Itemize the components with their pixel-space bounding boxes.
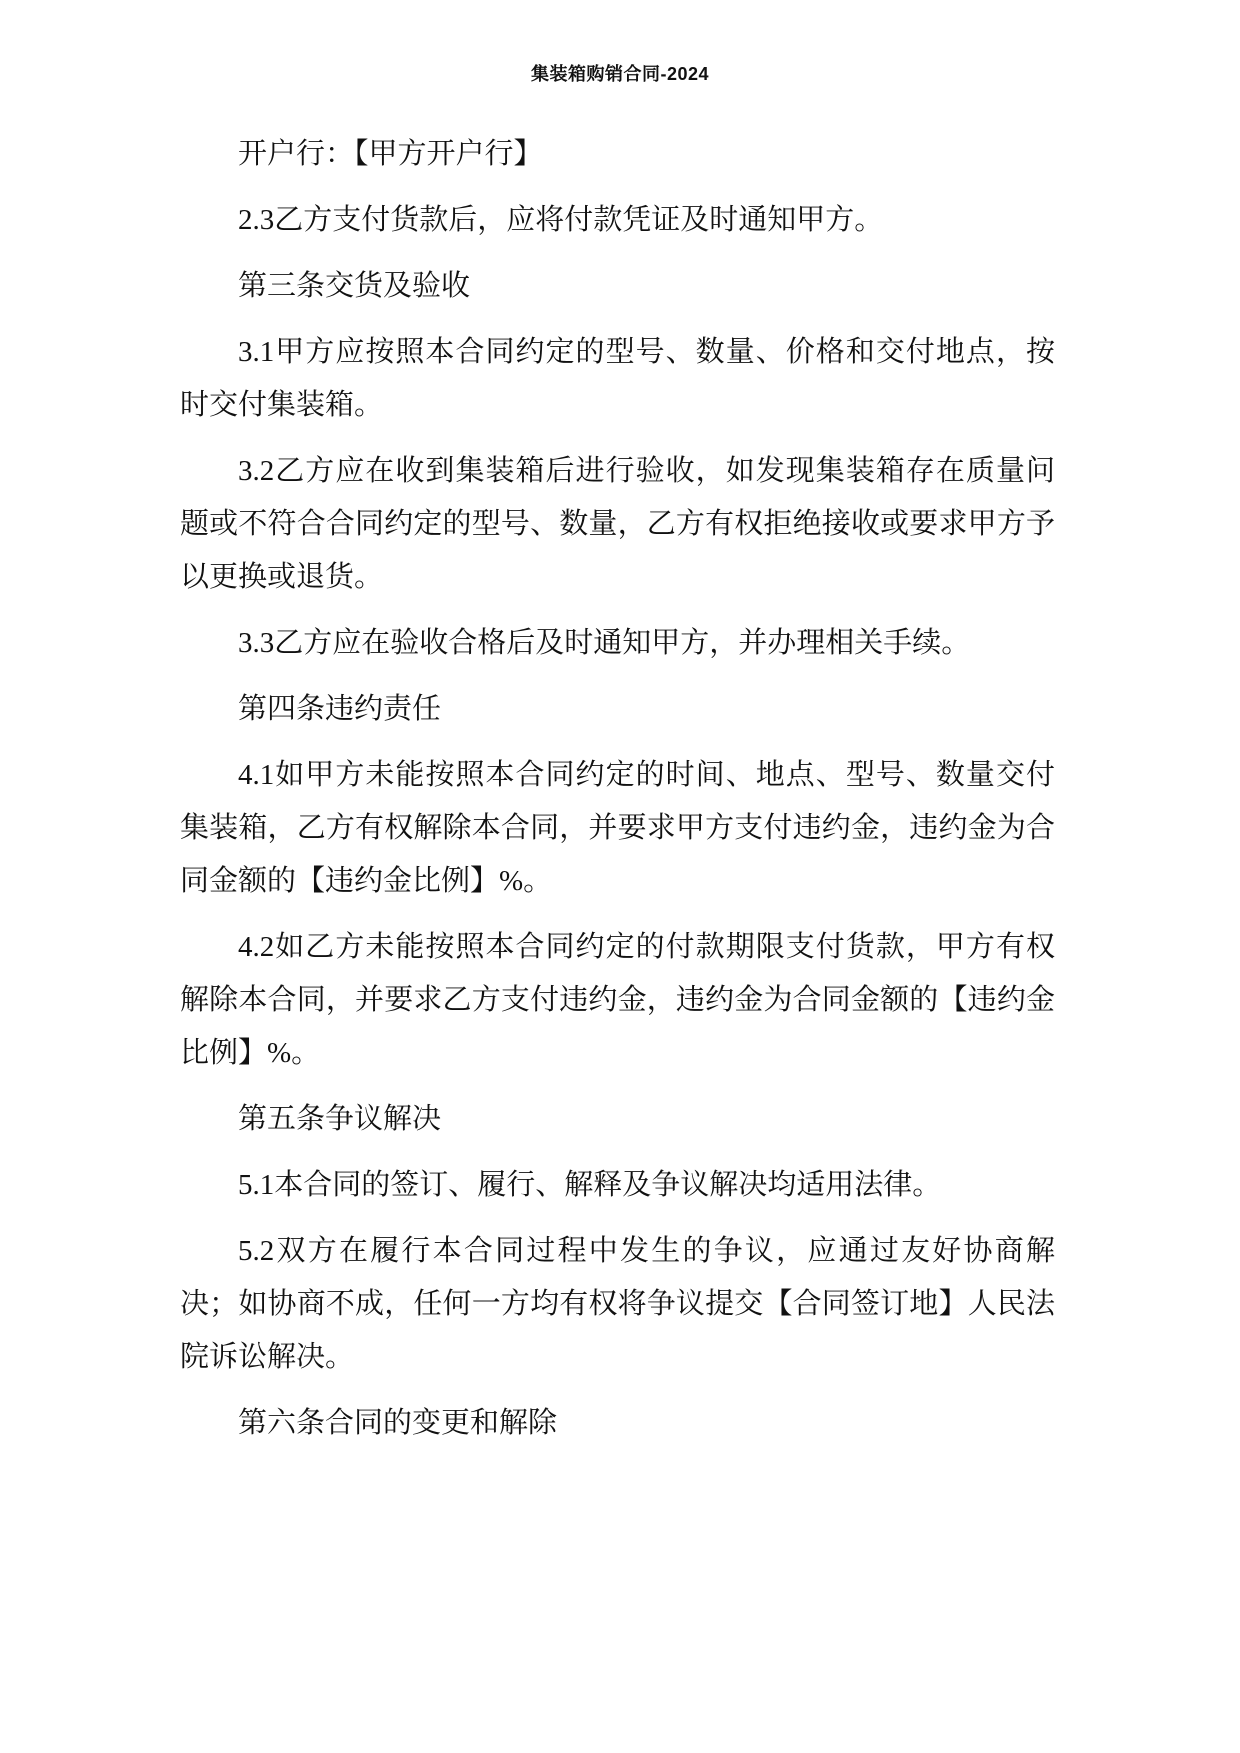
clause-heading: 第四条违约责任 xyxy=(180,683,1055,736)
contract-paragraph: 开户行：【甲方开户行】 xyxy=(180,128,1055,181)
document-body: 开户行：【甲方开户行】2.3乙方支付货款后，应将付款凭证及时通知甲方。第三条交货… xyxy=(180,128,1055,1450)
clause-heading: 第六条合同的变更和解除 xyxy=(180,1397,1055,1450)
contract-paragraph: 3.2乙方应在收到集装箱后进行验收，如发现集装箱存在质量问题或不符合合同约定的型… xyxy=(180,445,1055,604)
contract-paragraph: 2.3乙方支付货款后，应将付款凭证及时通知甲方。 xyxy=(180,194,1055,247)
contract-paragraph: 4.1如甲方未能按照本合同约定的时间、地点、型号、数量交付集装箱，乙方有权解除本… xyxy=(180,749,1055,908)
contract-paragraph: 5.1本合同的签订、履行、解释及争议解决均适用法律。 xyxy=(180,1159,1055,1212)
contract-page: 集装箱购销合同-2024 开户行：【甲方开户行】2.3乙方支付货款后，应将付款凭… xyxy=(0,0,1240,1753)
contract-paragraph: 3.3乙方应在验收合格后及时通知甲方，并办理相关手续。 xyxy=(180,617,1055,670)
contract-paragraph: 4.2如乙方未能按照本合同约定的付款期限支付货款，甲方有权解除本合同，并要求乙方… xyxy=(180,921,1055,1080)
clause-heading: 第三条交货及验收 xyxy=(180,260,1055,313)
contract-paragraph: 3.1甲方应按照本合同约定的型号、数量、价格和交付地点，按时交付集装箱。 xyxy=(180,326,1055,432)
contract-paragraph: 5.2双方在履行本合同过程中发生的争议，应通过友好协商解决；如协商不成，任何一方… xyxy=(180,1225,1055,1384)
document-title-header: 集装箱购销合同-2024 xyxy=(0,0,1240,84)
clause-heading: 第五条争议解决 xyxy=(180,1093,1055,1146)
